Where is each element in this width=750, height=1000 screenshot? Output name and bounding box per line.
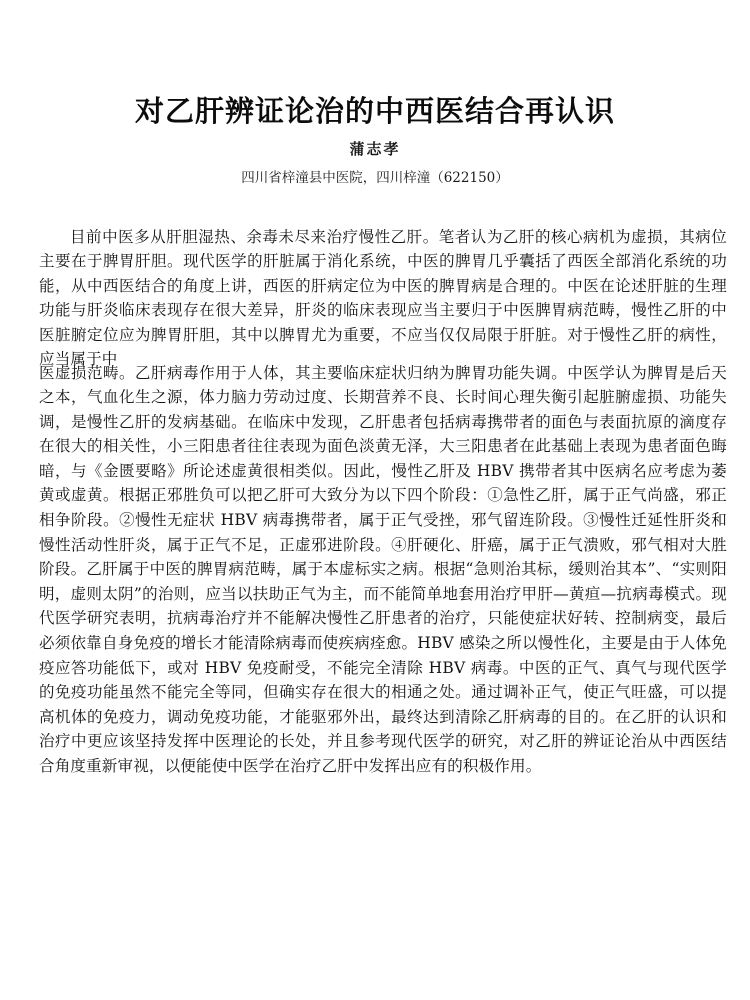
body-paragraph-2: 医虚损范畴。乙肝病毒作用于人体，其主要临床症状归纳为脾胃功能失调。中医学认为脾胃… [39, 361, 727, 779]
author-affiliation: 四川省梓潼县中医院，四川梓潼（622150） [0, 166, 750, 186]
body-paragraph-1: 目前中医多从肝胆湿热、余毒未尽来治疗慢性乙肝。笔者认为乙肝的核心病机为虚损，其病… [39, 225, 727, 373]
author-name: 蒲志孝 [0, 138, 750, 159]
paper-title: 对乙肝辨证论治的中西医结合再认识 [0, 89, 750, 130]
